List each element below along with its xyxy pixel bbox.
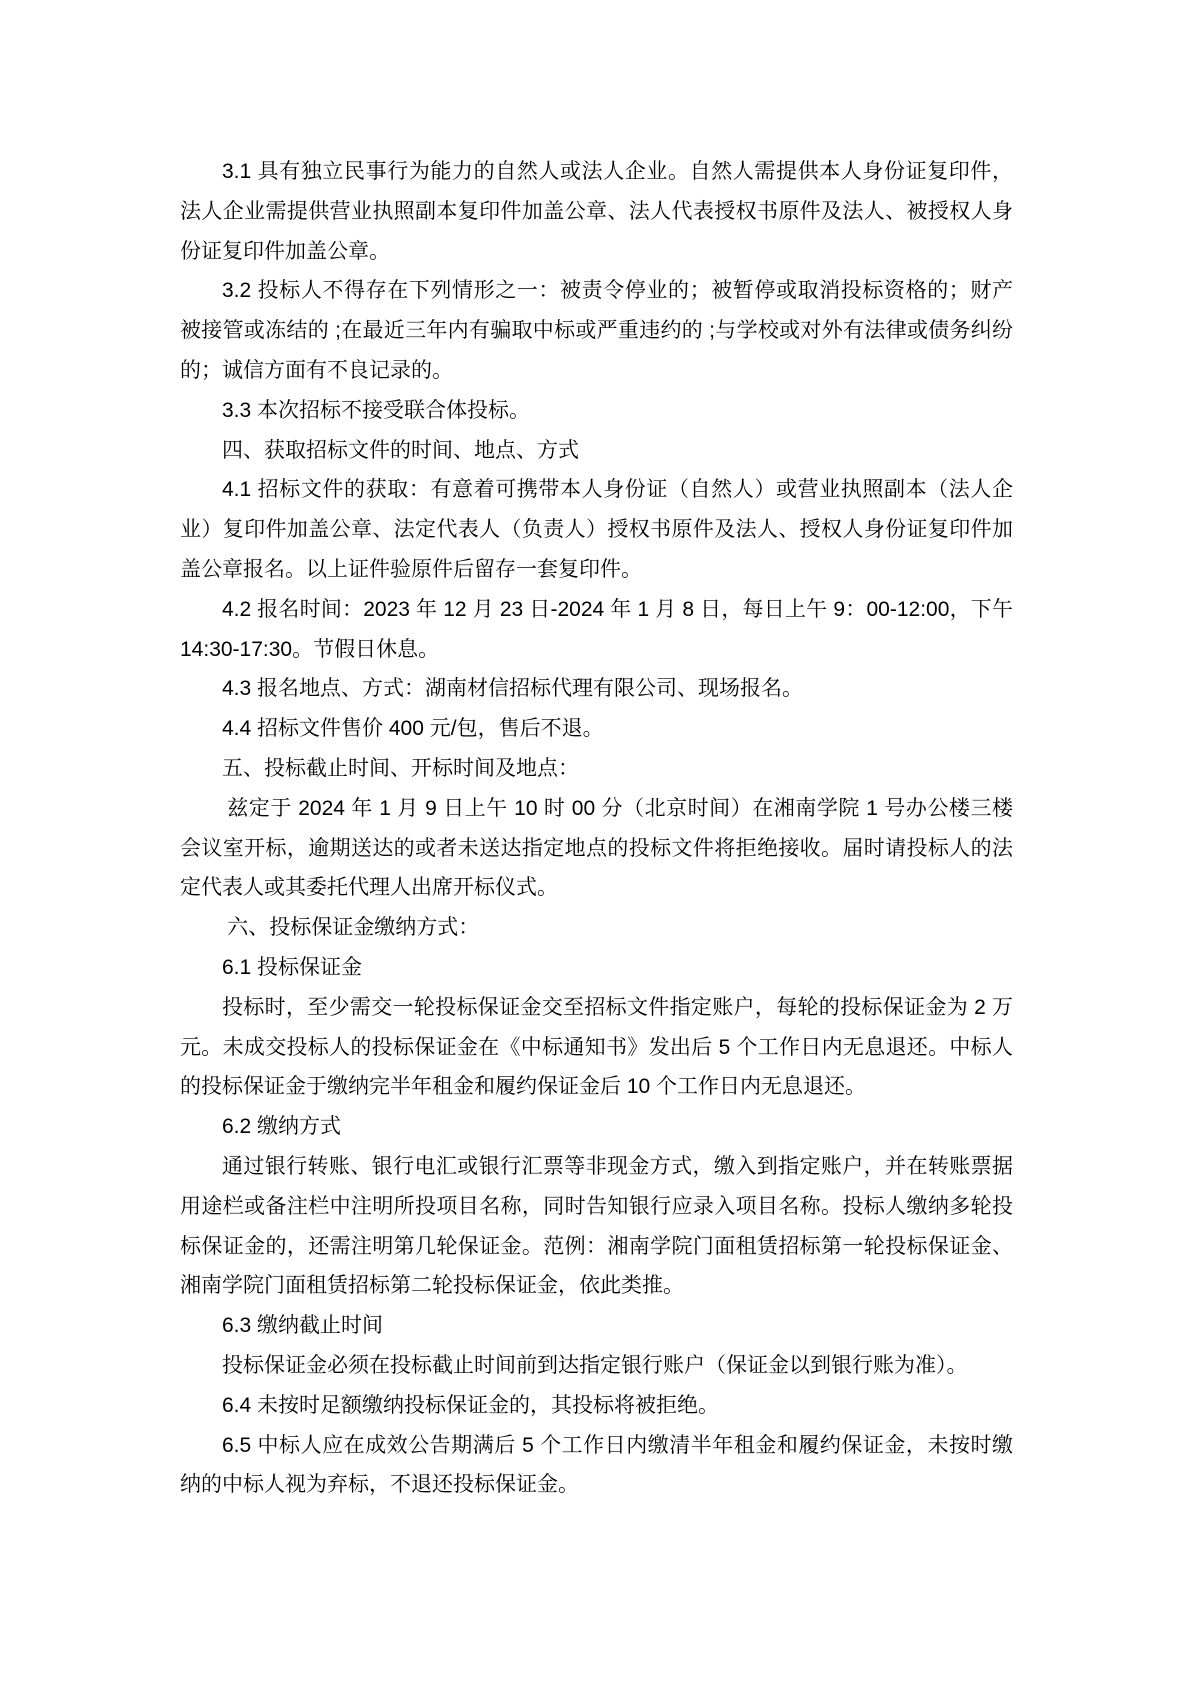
paragraph-6-1-body: 投标时，至少需交一轮投标保证金交至招标文件指定账户，每轮的投标保证金为 2 万元…: [180, 988, 1013, 1107]
paragraph-6-2-body: 通过银行转账、银行电汇或银行汇票等非现金方式，缴入到指定账户，并在转账票据用途栏…: [180, 1147, 1013, 1306]
paragraph-6-5: 6.5 中标人应在成效公告期满后 5 个工作日内缴清半年租金和履约保证金，未按时…: [180, 1426, 1013, 1506]
paragraph-6-3-body: 投标保证金必须在投标截止时间前到达指定银行账户（保证金以到银行账为准）。: [180, 1346, 1013, 1386]
paragraph-4-1: 4.1 招标文件的获取：有意着可携带本人身份证（自然人）或营业执照副本（法人企业…: [180, 470, 1013, 589]
paragraph-6-4: 6.4 未按时足额缴纳投标保证金的，其投标将被拒绝。: [180, 1386, 1013, 1426]
paragraph-4-2: 4.2 报名时间：2023 年 12 月 23 日-2024 年 1 月 8 日…: [180, 590, 1013, 670]
paragraph-4-3: 4.3 报名地点、方式：湖南材信招标代理有限公司、现场报名。: [180, 669, 1013, 709]
paragraph-6-3-heading: 6.3 缴纳截止时间: [180, 1306, 1013, 1346]
document-page: 3.1 具有独立民事行为能力的自然人或法人企业。自然人需提供本人身份证复印件，法…: [0, 0, 1191, 1684]
section-heading-6: 六、投标保证金缴纳方式：: [180, 908, 1013, 948]
section-heading-4: 四、获取招标文件的时间、地点、方式: [180, 431, 1013, 471]
paragraph-6-1-heading: 6.1 投标保证金: [180, 948, 1013, 988]
paragraph-3-1: 3.1 具有独立民事行为能力的自然人或法人企业。自然人需提供本人身份证复印件，法…: [180, 152, 1013, 271]
paragraph-5-body: 兹定于 2024 年 1 月 9 日上午 10 时 00 分（北京时间）在湘南学…: [180, 789, 1013, 908]
paragraph-3-2: 3.2 投标人不得存在下列情形之一：被责令停业的；被暂停或取消投标资格的；财产被…: [180, 271, 1013, 390]
paragraph-6-2-heading: 6.2 缴纳方式: [180, 1107, 1013, 1147]
document-body: 3.1 具有独立民事行为能力的自然人或法人企业。自然人需提供本人身份证复印件，法…: [180, 152, 1013, 1505]
section-heading-5: 五、投标截止时间、开标时间及地点：: [180, 749, 1013, 789]
paragraph-3-3: 3.3 本次招标不接受联合体投标。: [180, 391, 1013, 431]
paragraph-4-4: 4.4 招标文件售价 400 元/包，售后不退。: [180, 709, 1013, 749]
